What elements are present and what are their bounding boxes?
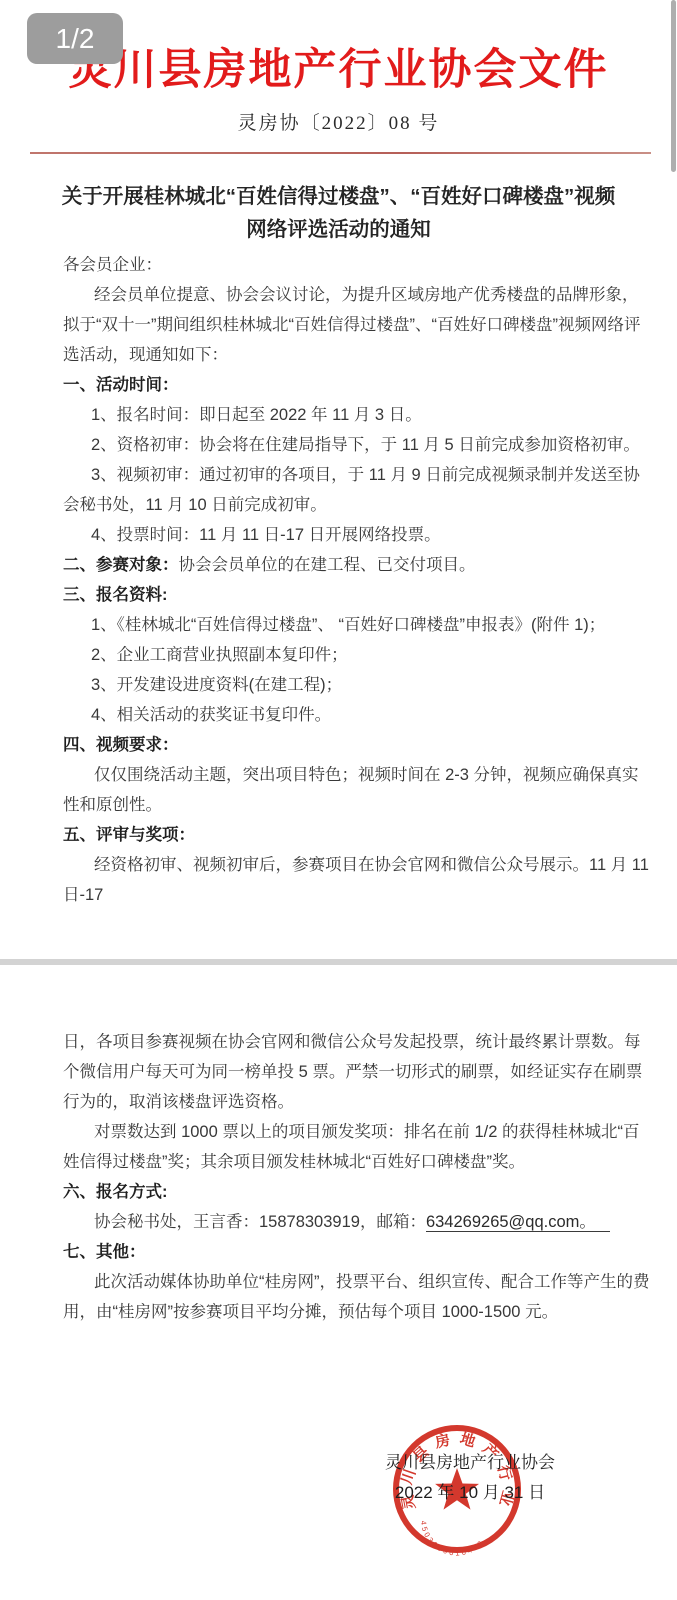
svg-text:4503230010479: 4503230010479 [419,1520,487,1557]
contact-info: 协会秘书处，王言香：15878303919，邮箱： [94,1213,426,1231]
section-3-item: 3、开发建设进度资料(在建工程)； [63,670,650,700]
document-body-page-2: 日，各项目参赛视频在协会官网和微信公众号发起投票，统计最终累计票数。每个微信用户… [0,1027,677,1327]
document-number: 灵房协〔2022〕08 号 [0,112,677,136]
section-2-line: 二、参赛对象：协会会员单位的在建工程、已交付项目。 [63,550,650,580]
scrollbar-thumb[interactable] [671,0,676,172]
section-4-paragraph: 仅仅围绕活动主题，突出项目特色；视频时间在 2-3 分钟，视频应确保真实性和原创… [63,760,650,820]
section-1-item: 2、资格初审：协会将在住建局指导下，于 11 月 5 日前完成参加资格初审。 [63,430,650,460]
greeting: 各会员企业： [63,250,650,280]
signature-block: 灵川县房地产行业协会 2022 年 10 月 31 日 [355,1448,585,1508]
section-3-heading: 三、报名资料: [63,580,650,610]
page-indicator-badge: 1/2 [27,13,123,64]
letterhead-divider [30,152,651,154]
document-page-1: 灵川县房地产行业协会文件 灵房协〔2022〕08 号 关于开展桂林城北“百姓信得… [0,44,677,910]
section-2-text: 协会会员单位的在建工程、已交付项目。 [179,556,476,574]
section-6-contact-line: 协会秘书处，王言香：15878303919，邮箱：634269265@qq.co… [63,1207,650,1237]
signature-org: 灵川县房地产行业协会 [355,1448,585,1478]
section-4-heading: 四、视频要求： [63,730,650,760]
section-5-heading: 五、评审与奖项： [63,820,650,850]
section-5-paragraph-page1: 经资格初审、视频初审后，参赛项目在协会官网和微信公众号展示。11 月 11 日-… [63,850,650,910]
section-5-paragraph-continued: 日，各项目参赛视频在协会官网和微信公众号发起投票，统计最终累计票数。每个微信用户… [63,1027,650,1117]
document-page-2: 日，各项目参赛视频在协会官网和微信公众号发起投票，统计最终累计票数。每个微信用户… [0,1027,677,1327]
section-3-item: 4、相关活动的获奖证书复印件。 [63,700,650,730]
page-separator [0,959,677,965]
contact-email-link[interactable]: 634269265@qq.com。 [426,1213,610,1232]
signature-date: 2022 年 10 月 31 日 [355,1478,585,1508]
section-7-heading: 七、其他： [63,1237,650,1267]
seal-serial-number: 4503230010479 [419,1520,487,1557]
section-1-heading: 一、活动时间： [63,370,650,400]
section-7-paragraph: 此次活动媒体协助单位“桂房网”，投票平台、组织宣传、配合工作等产生的费用，由“桂… [63,1267,650,1327]
section-5-awards-paragraph: 对票数达到 1000 票以上的项目颁发奖项：排名在前 1/2 的获得桂林城北“百… [63,1117,650,1177]
intro-paragraph: 经会员单位提意、协会会议讨论，为提升区域房地产优秀楼盘的品牌形象，拟于“双十一”… [63,280,650,370]
document-title: 关于开展桂林城北“百姓信得过楼盘”、“百姓好口碑楼盘”视频网络评选活动的通知 [61,180,617,246]
section-3-item: 1、《桂林城北“百姓信得过楼盘”、 “百姓好口碑楼盘”申报表》(附件 1)； [63,610,650,640]
section-6-heading: 六、报名方式: [63,1177,650,1207]
section-1-item: 4、投票时间：11 月 11 日-17 日开展网络投票。 [63,520,650,550]
section-1-item: 1、报名时间：即日起至 2022 年 11 月 3 日。 [63,400,650,430]
section-2-heading: 二、参赛对象： [63,556,179,574]
document-body-page-1: 各会员企业： 经会员单位提意、协会会议讨论，为提升区域房地产优秀楼盘的品牌形象，… [0,250,677,910]
section-3-item: 2、企业工商营业执照副本复印件； [63,640,650,670]
page-indicator-label: 1/2 [56,23,95,55]
section-1-item: 3、视频初审：通过初审的各项目，于 11 月 9 日前完成视频录制并发送至协会秘… [63,460,650,520]
